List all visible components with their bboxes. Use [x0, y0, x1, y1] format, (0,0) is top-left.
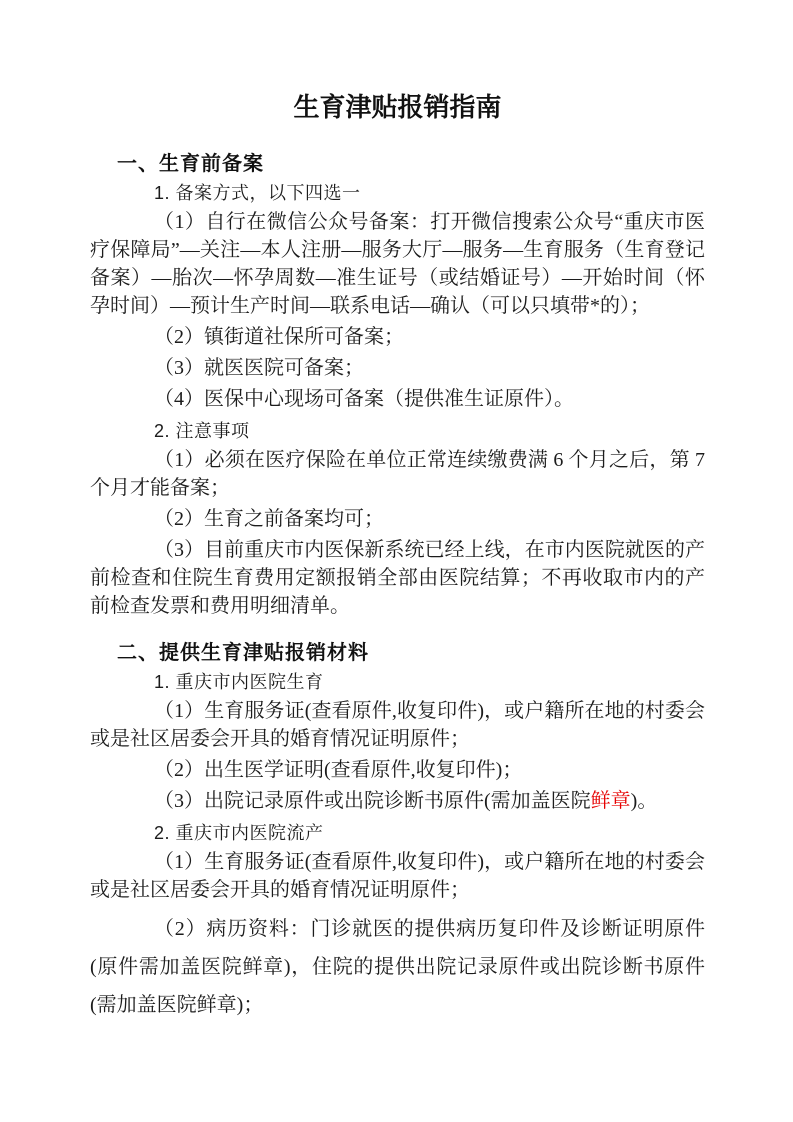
section-2-sub-1-item-1: （1）生育服务证(查看原件,收复印件)，或户籍所在地的村委会或是社区居委会开具的… — [90, 697, 705, 753]
section-1-sub-1-item-4: （4）医保中心现场可备案（提供准生证原件）。 — [90, 385, 705, 413]
section-2-sub-2-item-1: （1）生育服务证(查看原件,收复印件)，或户籍所在地的村委会或是社区居委会开具的… — [90, 848, 705, 904]
section-2-sub-2-item-2: （2）病历资料：门诊就医的提供病历复印件及诊断证明原件(原件需加盖医院鲜章)，住… — [90, 910, 705, 1024]
section-1-sub-1-item-2: （2）镇街道社保所可备案； — [90, 323, 705, 351]
section-1-subheading-2: 2. 注意事项 — [154, 419, 705, 443]
fresh-seal-highlight-text: 鲜章 — [591, 790, 631, 812]
page-title: 生育津贴报销指南 — [90, 0, 705, 125]
section-2-subheading-1: 1. 重庆市内医院生育 — [154, 670, 705, 694]
item-3-text-prefix: （3）出院记录原件或出院诊断书原件(需加盖医院 — [154, 790, 591, 812]
section-1-sub-2-item-3: （3）目前重庆市内医保新系统已经上线，在市内医院就医的产前检查和住院生育费用定额… — [90, 536, 705, 620]
section-1-sub-1-item-3: （3）就医医院可备案； — [90, 354, 705, 382]
document-page: 生育津贴报销指南 一、生育前备案 1. 备案方式，以下四选一 （1）自行在微信公… — [0, 0, 793, 1122]
section-1-sub-1-item-1: （1）自行在微信公众号备案：打开微信搜索公众号“重庆市医疗保障局”—关注—本人注… — [90, 208, 705, 320]
section-1-sub-2-item-2: （2）生育之前备案均可； — [90, 505, 705, 533]
section-2-sub-1-item-3: （3）出院记录原件或出院诊断书原件(需加盖医院鲜章)。 — [90, 787, 705, 815]
section-1-heading: 一、生育前备案 — [117, 151, 705, 177]
item-3-text-suffix: )。 — [631, 790, 658, 812]
section-1-subheading-1: 1. 备案方式，以下四选一 — [154, 181, 705, 205]
section-1-sub-2-item-1: （1）必须在医疗保险在单位正常连续缴费满 6 个月之后，第 7 个月才能备案； — [90, 446, 705, 502]
section-2-heading: 二、提供生育津贴报销材料 — [117, 640, 705, 666]
section-2-subheading-2: 2. 重庆市内医院流产 — [154, 821, 705, 845]
section-2-sub-1-item-2: （2）出生医学证明(查看原件,收复印件)； — [90, 756, 705, 784]
